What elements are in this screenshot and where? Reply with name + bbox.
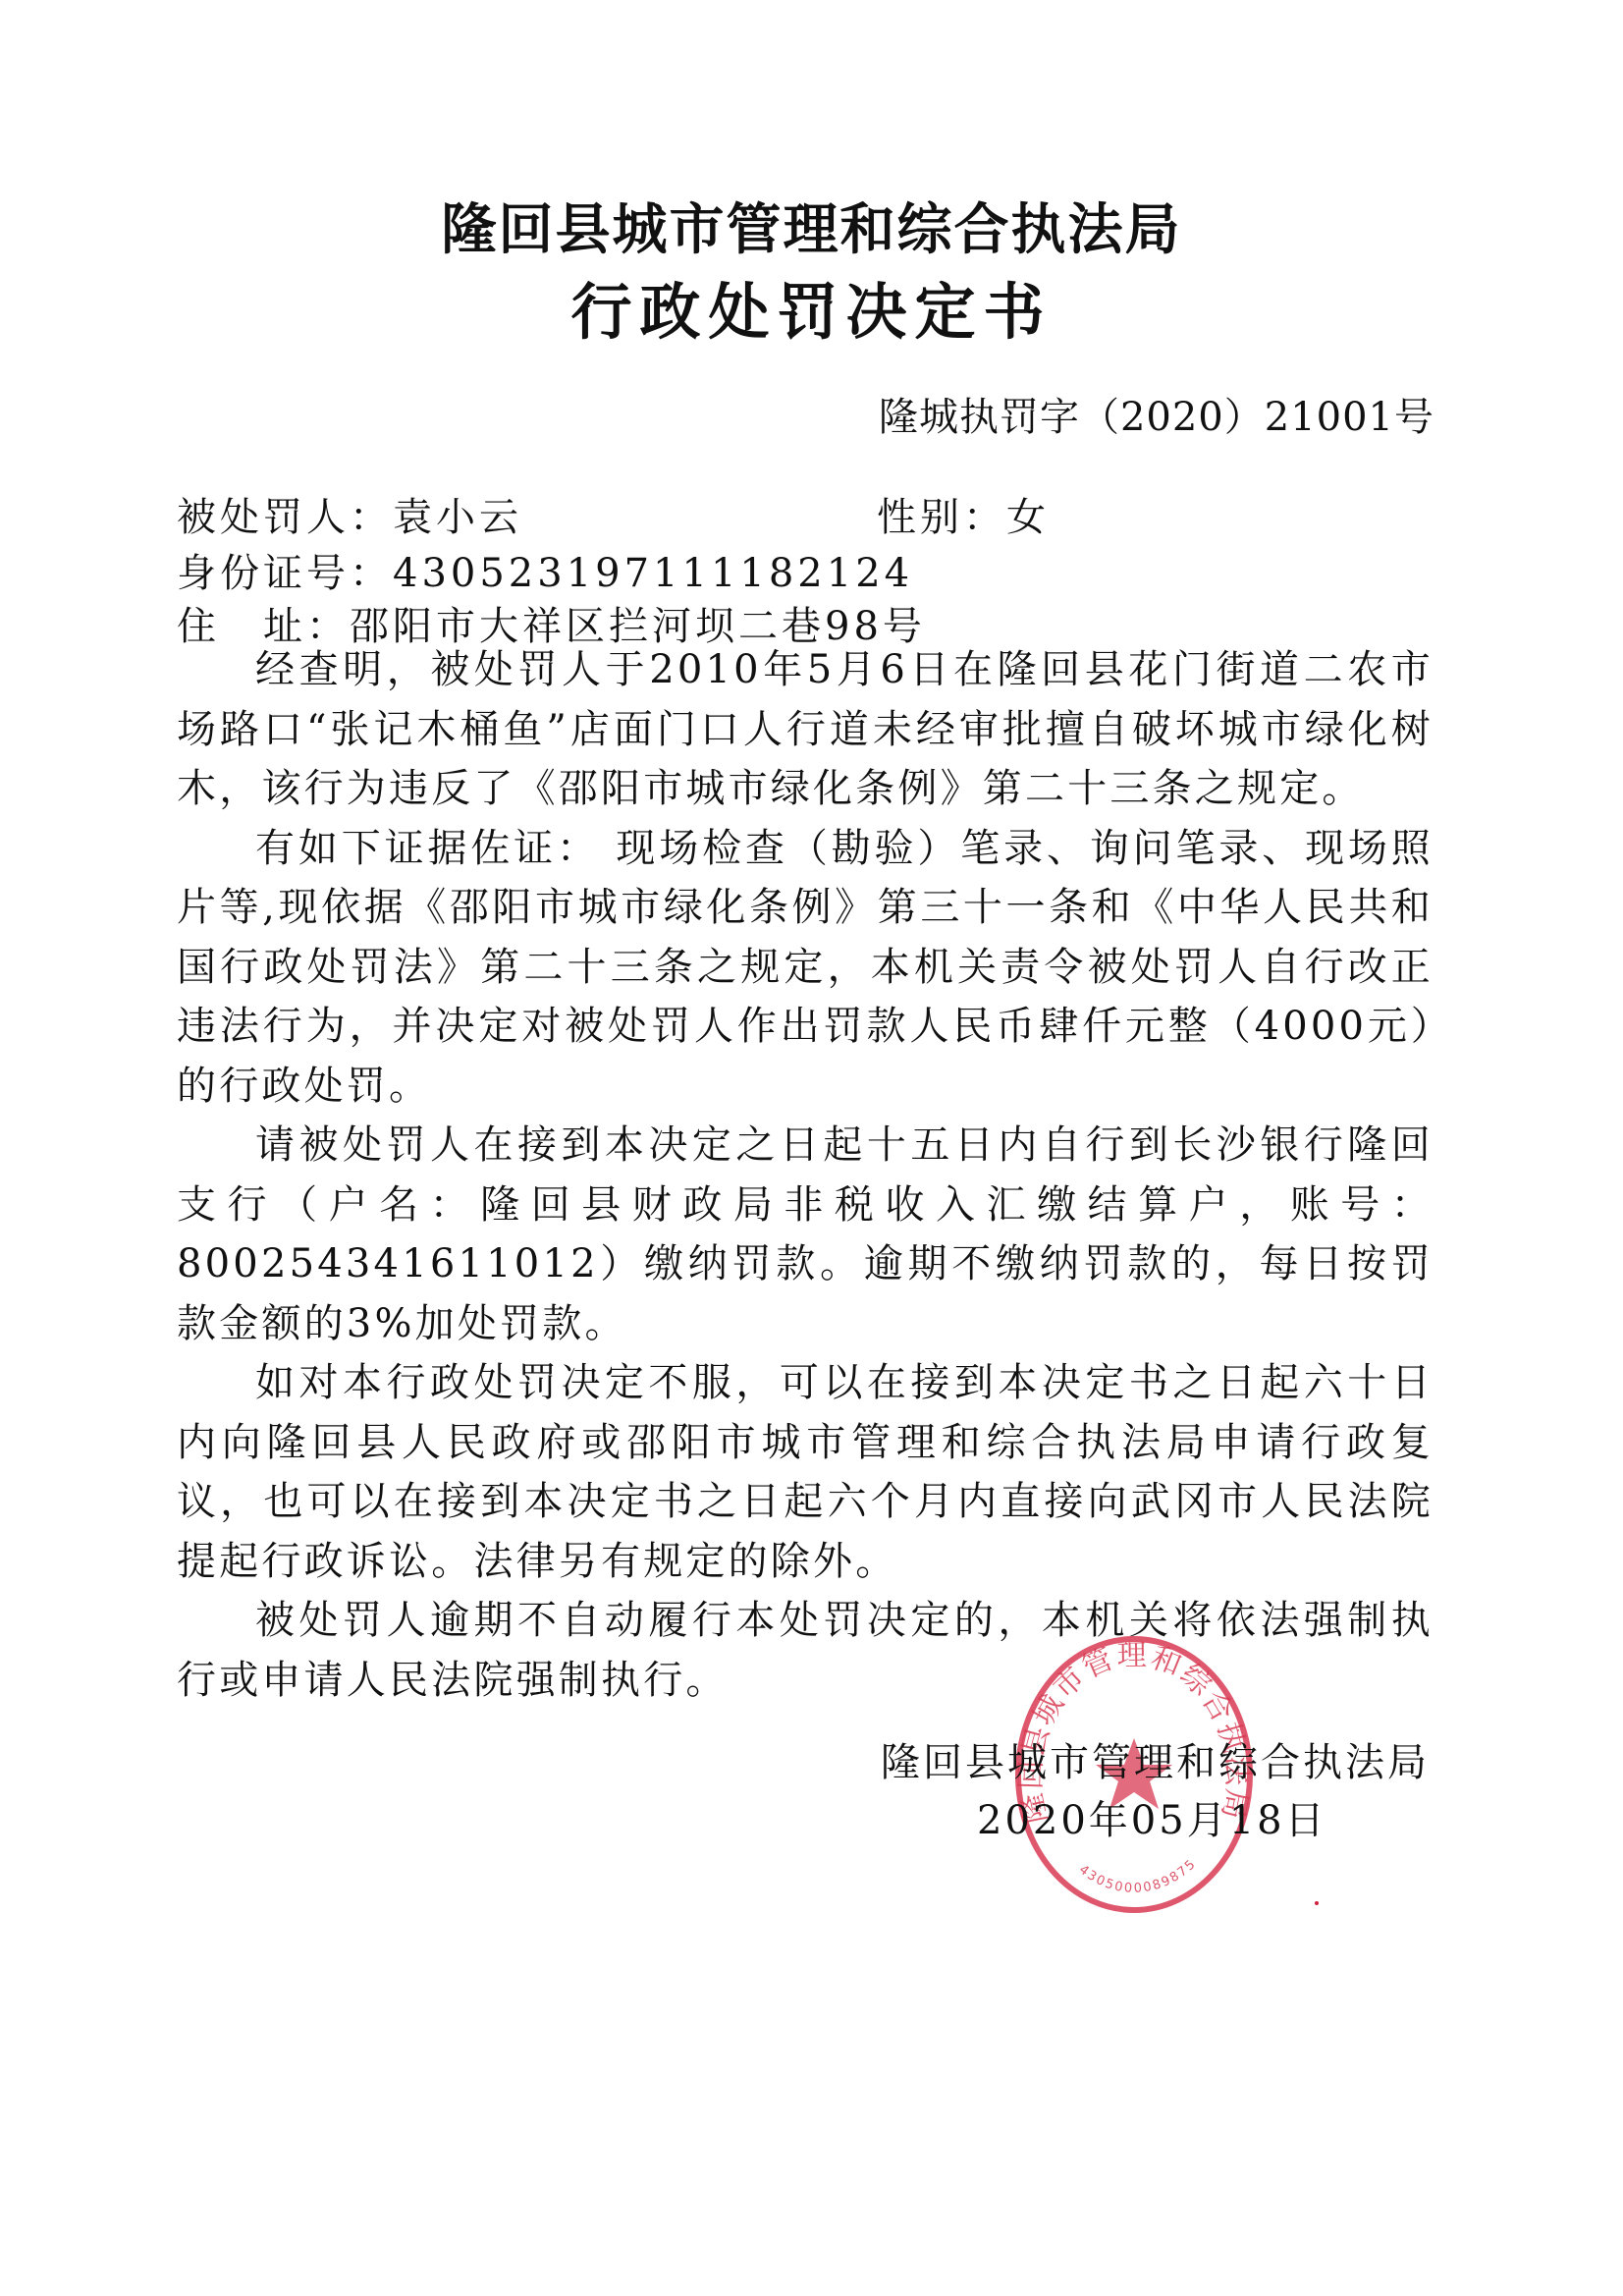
paragraph-evidence-penalty: 有如下证据佐证： 现场检查（勘验）笔录、询问笔录、现场照片等,现依据《邵阳市城市… bbox=[177, 819, 1434, 1117]
party-id-value: 430523197111182124 bbox=[393, 551, 913, 596]
ink-dot bbox=[1315, 1901, 1319, 1905]
paragraph-findings: 经查明，被处罚人于2010年5月6日在隆回县花门街道二农市场路口“张记木桶鱼”店… bbox=[177, 640, 1434, 819]
svg-text:4305000089875: 4305000089875 bbox=[1076, 1856, 1200, 1896]
document-type-title: 行政处罚决定书 bbox=[0, 263, 1623, 351]
party-name-label: 被处罚人： bbox=[177, 495, 393, 540]
paragraph-appeal: 如对本行政处罚决定不服，可以在接到本决定书之日起六十日内向隆回县人民政府或邵阳市… bbox=[177, 1353, 1434, 1591]
party-name-value: 袁小云 bbox=[393, 495, 522, 540]
paragraph-payment: 请被处罚人在接到本决定之日起十五日内自行到长沙银行隆回支行（户名：隆回县财政局非… bbox=[177, 1116, 1434, 1353]
decision-body: 经查明，被处罚人于2010年5月6日在隆回县花门街道二农市场路口“张记木桶鱼”店… bbox=[177, 640, 1434, 1710]
party-gender-row: 性别：女 bbox=[877, 486, 1050, 542]
party-gender-value: 女 bbox=[1006, 495, 1050, 540]
document-number: 隆城执罚字（2020）21001号 bbox=[879, 386, 1434, 442]
seal-code: 4305000089875 bbox=[1076, 1856, 1200, 1896]
issue-date: 2020年05月18日 bbox=[977, 1789, 1327, 1845]
party-id-row: 身份证号：430523197111182124 bbox=[177, 542, 913, 598]
agency-title: 隆回县城市管理和综合执法局 bbox=[0, 187, 1623, 265]
party-name-row: 被处罚人：袁小云 bbox=[177, 486, 522, 542]
signing-agency: 隆回县城市管理和综合执法局 bbox=[881, 1731, 1430, 1787]
party-id-label: 身份证号： bbox=[177, 551, 393, 596]
party-gender-label: 性别： bbox=[877, 495, 1006, 540]
